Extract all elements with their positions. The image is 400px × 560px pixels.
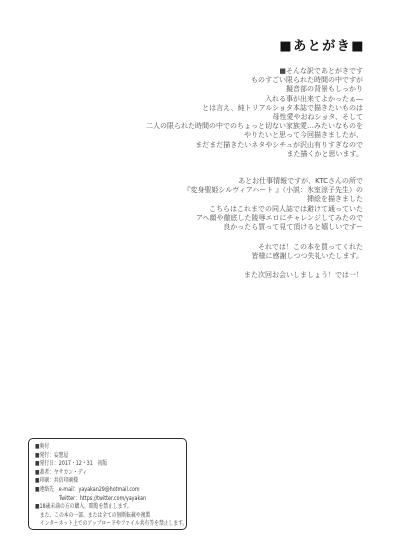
colophon-row: ■奥付 (35, 443, 154, 452)
afterword-line: ■そんな訳であとがきです (146, 67, 363, 76)
colophon-row: ■印刷：共信印刷様 (35, 477, 154, 486)
page-title: ■あとがき■ (279, 35, 365, 54)
afterword-line: 良かったら買って見て頂けると嬉しいですー (146, 223, 363, 232)
colophon-box: ■奥付■発行：妄想屋■発行日：2017・12・31 初版■著者：ヤサカン・ディ■… (28, 438, 187, 530)
afterword-paragraph: あとお仕事情報ですが、KTCさんの所で『変身聖姫シルヴィアハート 』（小説：氷室… (146, 177, 363, 232)
afterword-line: とは言え、純トリアルショタ本誌で描きたいものは (146, 104, 363, 113)
afterword-line: まだまだ描きたいネタやシチュが沢山有りすぎなので (146, 141, 363, 150)
colophon-row: ■連絡先 e-mail：yayakan29@hotmail.com (35, 486, 154, 495)
afterword-paragraph: それでは！この本を買ってくれた皆様に感謝しつつ失礼いたします。 (146, 243, 363, 261)
colophon-row: ■発行日：2017・12・31 初版 (35, 460, 154, 469)
afterword-line: また次回お会いしましょう！では一！ (146, 271, 363, 280)
afterword-body: ■そんな訳であとがきですものすごい限られた時間の中ですが擬音部の背景もしっかり入… (146, 67, 363, 280)
afterword-line: やりたいと思って今回描きましたが、 (146, 131, 363, 140)
colophon-row: ■18歳未満の方の購入、閲覧を禁止します。 (35, 503, 154, 512)
colophon-row: インターネット上でのアップロードやファイル共有等を禁止します。 (35, 520, 154, 529)
afterword-line: あとお仕事情報ですが、KTCさんの所で (146, 177, 363, 186)
afterword-paragraph: また次回お会いしましょう！では一！ (146, 271, 363, 280)
scanned-afterword-page: ■あとがき■ ■そんな訳であとがきですものすごい限られた時間の中ですが擬音部の背… (0, 0, 400, 560)
colophon-row: Twitter：https://twitter.com/yayakan (35, 495, 154, 504)
colophon-row: また、この本の一部、または全ての無断転載や複製 (35, 512, 154, 521)
afterword-line: 入れる事が出来てよかったぁ― (146, 95, 363, 104)
afterword-line: 母性愛やおねショタ、そして (146, 113, 363, 122)
colophon-row: ■発行：妄想屋 (35, 452, 154, 461)
afterword-line: また描くかと思います。 (146, 150, 363, 159)
afterword-line: アヘ顔や徹底した陵辱エロにチャレンジしてみたので (146, 214, 363, 223)
afterword-line: 皆様に感謝しつつ失礼いたします。 (146, 252, 363, 261)
afterword-line: 擬音部の背景もしっかり (146, 85, 363, 94)
afterword-line: こちらはこれまでの同人誌では避けて通っていた (146, 205, 363, 214)
afterword-line: 挿絵を描きました (146, 195, 363, 204)
afterword-paragraph: ■そんな訳であとがきですものすごい限られた時間の中ですが擬音部の背景もしっかり入… (146, 67, 363, 159)
colophon-row: ■著者：ヤサカン・ディ (35, 469, 154, 478)
